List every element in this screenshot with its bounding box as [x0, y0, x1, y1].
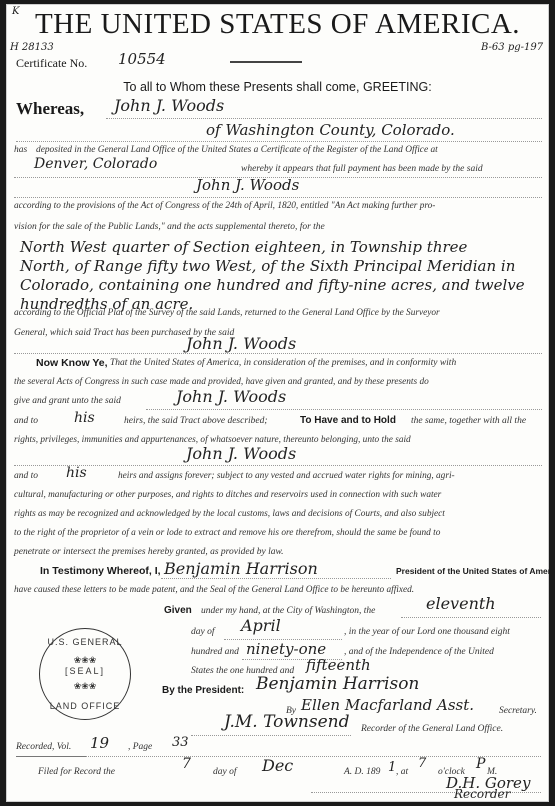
letters-patent-text: have caused these letters to be made pat… — [14, 585, 414, 595]
certificate-label: Certificate No. — [16, 56, 87, 71]
grantee-name-2: John J. Woods — [196, 176, 299, 194]
county-recorder-title: Recorder — [454, 787, 510, 801]
fill-line — [14, 464, 542, 466]
given-month: April — [241, 616, 281, 635]
general-land-office-seal: U.S. GENERAL ❀❀❀ [SEAL] ❀❀❀ LAND OFFICE — [39, 628, 131, 720]
and-to-1: and to — [14, 416, 38, 426]
recorded-volume: 19 — [90, 734, 109, 752]
filed-day: 7 — [182, 756, 191, 772]
have-and-hold: To Have and to Hold — [300, 415, 396, 426]
land-office-location: Denver, Colorado — [34, 156, 157, 172]
hundred-and-label: hundred and — [191, 647, 239, 657]
provided-by-law: penetrate or intersect the premises here… — [14, 547, 283, 557]
tract-line: North West quarter of Section eighteen, … — [20, 238, 540, 257]
filed-month: Dec — [262, 756, 293, 775]
fill-line — [401, 616, 541, 618]
whereas-label: Whereas, — [16, 99, 84, 119]
seal-top-text: U.S. GENERAL — [40, 637, 130, 647]
filed-day-of: day of — [213, 767, 236, 777]
grantee-name: John J. Woods — [114, 96, 224, 115]
heirs-text-b: the same, together with all the — [411, 416, 526, 426]
certificate-number: 10554 — [118, 50, 166, 68]
grant-text-2: the several Acts of Congress in such cas… — [14, 377, 429, 387]
public-lands-text: vision for the sale of the Public Lands,… — [14, 222, 325, 232]
fill-line — [106, 117, 542, 119]
recorded-page: 33 — [172, 735, 189, 750]
grantee-residence: of Washington County, Colorado. — [206, 121, 455, 139]
fill-line — [16, 140, 542, 142]
document-title: THE UNITED STATES OF AMERICA. — [6, 8, 549, 41]
book-reference: B-63 pg-197 — [481, 42, 543, 53]
independence-year: fifteenth — [306, 656, 371, 674]
recorder-signature: J.M. Townsend — [224, 712, 349, 732]
act-text: according to the provisions of the Act o… — [14, 201, 435, 211]
filed-label: Filed for Record the — [38, 767, 115, 777]
day-of-label: day of — [191, 627, 214, 637]
land-patent-document: K THE UNITED STATES OF AMERICA. H 28133 … — [6, 4, 549, 802]
divider — [16, 756, 86, 757]
filed-at: , at — [396, 767, 408, 777]
vein-text: to the right of the proprietor of a vein… — [14, 528, 440, 538]
tract-line: Colorado, containing one hundred and fif… — [20, 276, 540, 295]
and-to-2: and to — [14, 471, 38, 481]
grant-text-3: give and grant unto the said — [14, 396, 121, 406]
fill-line — [191, 734, 351, 736]
president-title: President of the United States of Americ… — [396, 566, 555, 576]
grant-text-1: That the United States of America, in co… — [110, 358, 456, 368]
recorder-title: Recorder of the General Land Office. — [361, 724, 503, 734]
now-know-ye: Now Know Ye, — [36, 357, 108, 369]
fill-line — [86, 755, 541, 757]
tract-description: North West quarter of Section eighteen, … — [20, 238, 540, 314]
president-signature: Benjamin Harrison — [256, 674, 419, 694]
greeting: To all to Whom these Presents shall come… — [6, 80, 549, 94]
seal-ornament-icon: ❀❀❀ — [40, 681, 130, 692]
year-text: , in the year of our Lord one thousand e… — [344, 627, 510, 637]
fill-line — [14, 196, 542, 198]
fill-line — [146, 408, 542, 410]
given-day: eleventh — [426, 594, 496, 613]
filed-ampm: P — [476, 756, 485, 772]
given-text: under my hand, at the City of Washington… — [201, 606, 375, 616]
seal-ornament-icon: ❀❀❀ — [40, 655, 130, 666]
president-name: Benjamin Harrison — [164, 559, 318, 578]
pronoun-2: his — [66, 465, 87, 481]
has-prefix: has — [14, 145, 27, 155]
testimony-label: In Testimony Whereof, I, — [40, 565, 161, 577]
deposit-text: deposited in the General Land Office of … — [36, 145, 438, 155]
water-rights-2: cultural, manufacturing or other purpose… — [14, 490, 441, 500]
heirs-text: heirs, the said Tract above described; — [124, 416, 268, 426]
plat-text: according to the Official Plat of the Su… — [14, 308, 440, 318]
pronoun-1: his — [74, 410, 95, 426]
filed-hour: 7 — [418, 756, 426, 771]
secretary-label: Secretary. — [499, 706, 537, 716]
given-label: Given — [164, 605, 192, 616]
recorded-vol-label: Recorded, Vol. — [16, 742, 71, 752]
seal-bottom-text: LAND OFFICE — [40, 701, 130, 711]
filed-ad: A. D. 189 — [344, 767, 380, 777]
tract-line: North, of Range fifty two West, of the S… — [20, 257, 540, 276]
seal-middle-text: [SEAL] — [40, 666, 130, 676]
grantee-name-4: John J. Woods — [176, 387, 286, 406]
water-rights-3: rights as may be recognized and acknowle… — [14, 509, 445, 519]
payment-text: whereby it appears that full payment has… — [241, 164, 483, 174]
file-number: H 28133 — [10, 42, 54, 53]
grantee-name-3: John J. Woods — [186, 334, 296, 353]
water-rights-1: heirs and assigns forever; subject to an… — [118, 471, 455, 481]
grantee-name-5: John J. Woods — [186, 444, 296, 463]
by-president-label: By the President: — [162, 685, 244, 696]
fill-line — [161, 577, 391, 579]
recorded-page-label: , Page — [128, 742, 152, 752]
title-divider — [230, 61, 302, 63]
